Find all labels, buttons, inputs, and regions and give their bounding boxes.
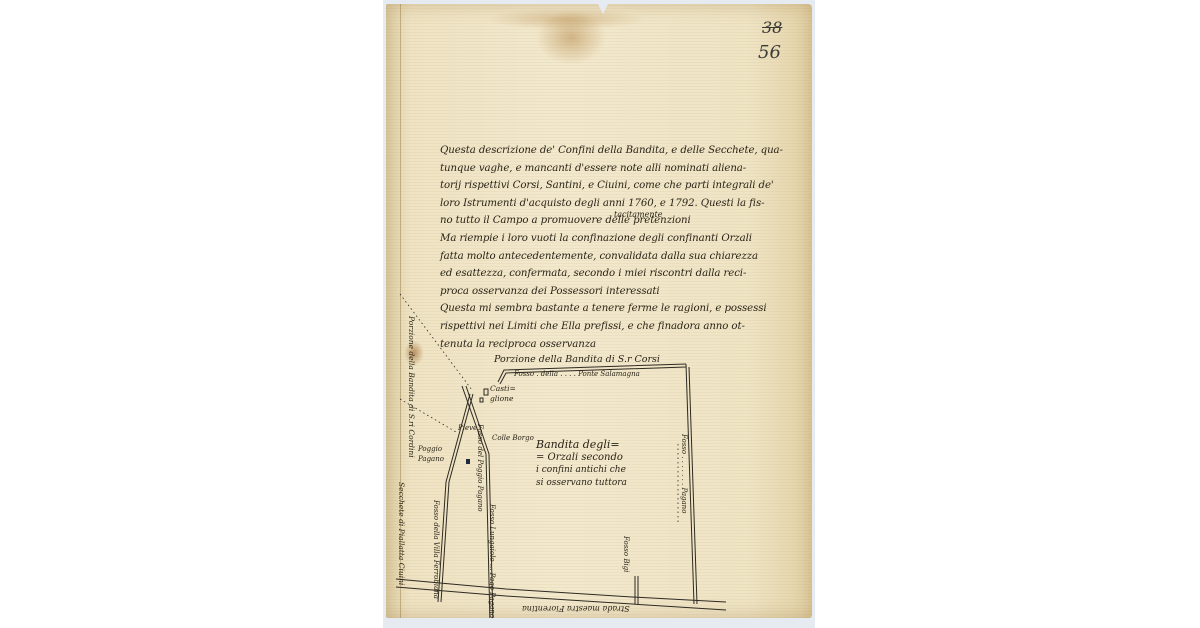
map-label-colle-borgo: Colle Borgo bbox=[492, 434, 534, 442]
map-label-castiglione: Casti= glione bbox=[490, 384, 522, 404]
map-label-fosso-villa: Fosso della Villa Ferrobiana bbox=[432, 500, 440, 599]
map-title-line: = Orzali secondo bbox=[536, 451, 627, 464]
map-label-porzione-cordini: Porzione della Bandita di S.ri Cordini bbox=[407, 316, 416, 458]
map-label-fosso-bigi: Fosso Bigi bbox=[622, 536, 630, 572]
map-label-strada-maestra: Strada maestra Fiorentina bbox=[522, 604, 630, 613]
map-label-poggio-pagano: Poggio Pagano bbox=[418, 444, 448, 464]
map-title-line: Bandita degli= bbox=[536, 438, 627, 451]
map-label-fosso-diagonal: Fosso del Poggio Pagano bbox=[476, 424, 484, 512]
manuscript-page: 38 56 Questa descrizione de' Confini del… bbox=[386, 4, 812, 618]
map-label-fosso-top: Fosso . della . . . . Ponte Salamagna bbox=[514, 370, 640, 378]
map-label-porzione-corsi: Porzione della Bandita di S.r Corsi bbox=[494, 354, 660, 365]
boundary-map bbox=[386, 4, 812, 618]
map-label-pieve: Pieve bbox=[458, 424, 477, 432]
map-title-line: i confini antichi che bbox=[536, 464, 627, 477]
map-label-fosso-lungaiolo: Fosso Lungaiolo ... Pago Pagano bbox=[488, 504, 496, 618]
map-title-line: si osservano tuttora bbox=[536, 477, 627, 490]
map-label-fosso-right: Fosso . . . . . . . Pagano bbox=[680, 434, 688, 513]
map-label-secchete: Secchete di Piallatta Ciuini bbox=[397, 482, 406, 585]
map-center-title: Bandita degli= = Orzali secondo i confin… bbox=[536, 438, 627, 490]
